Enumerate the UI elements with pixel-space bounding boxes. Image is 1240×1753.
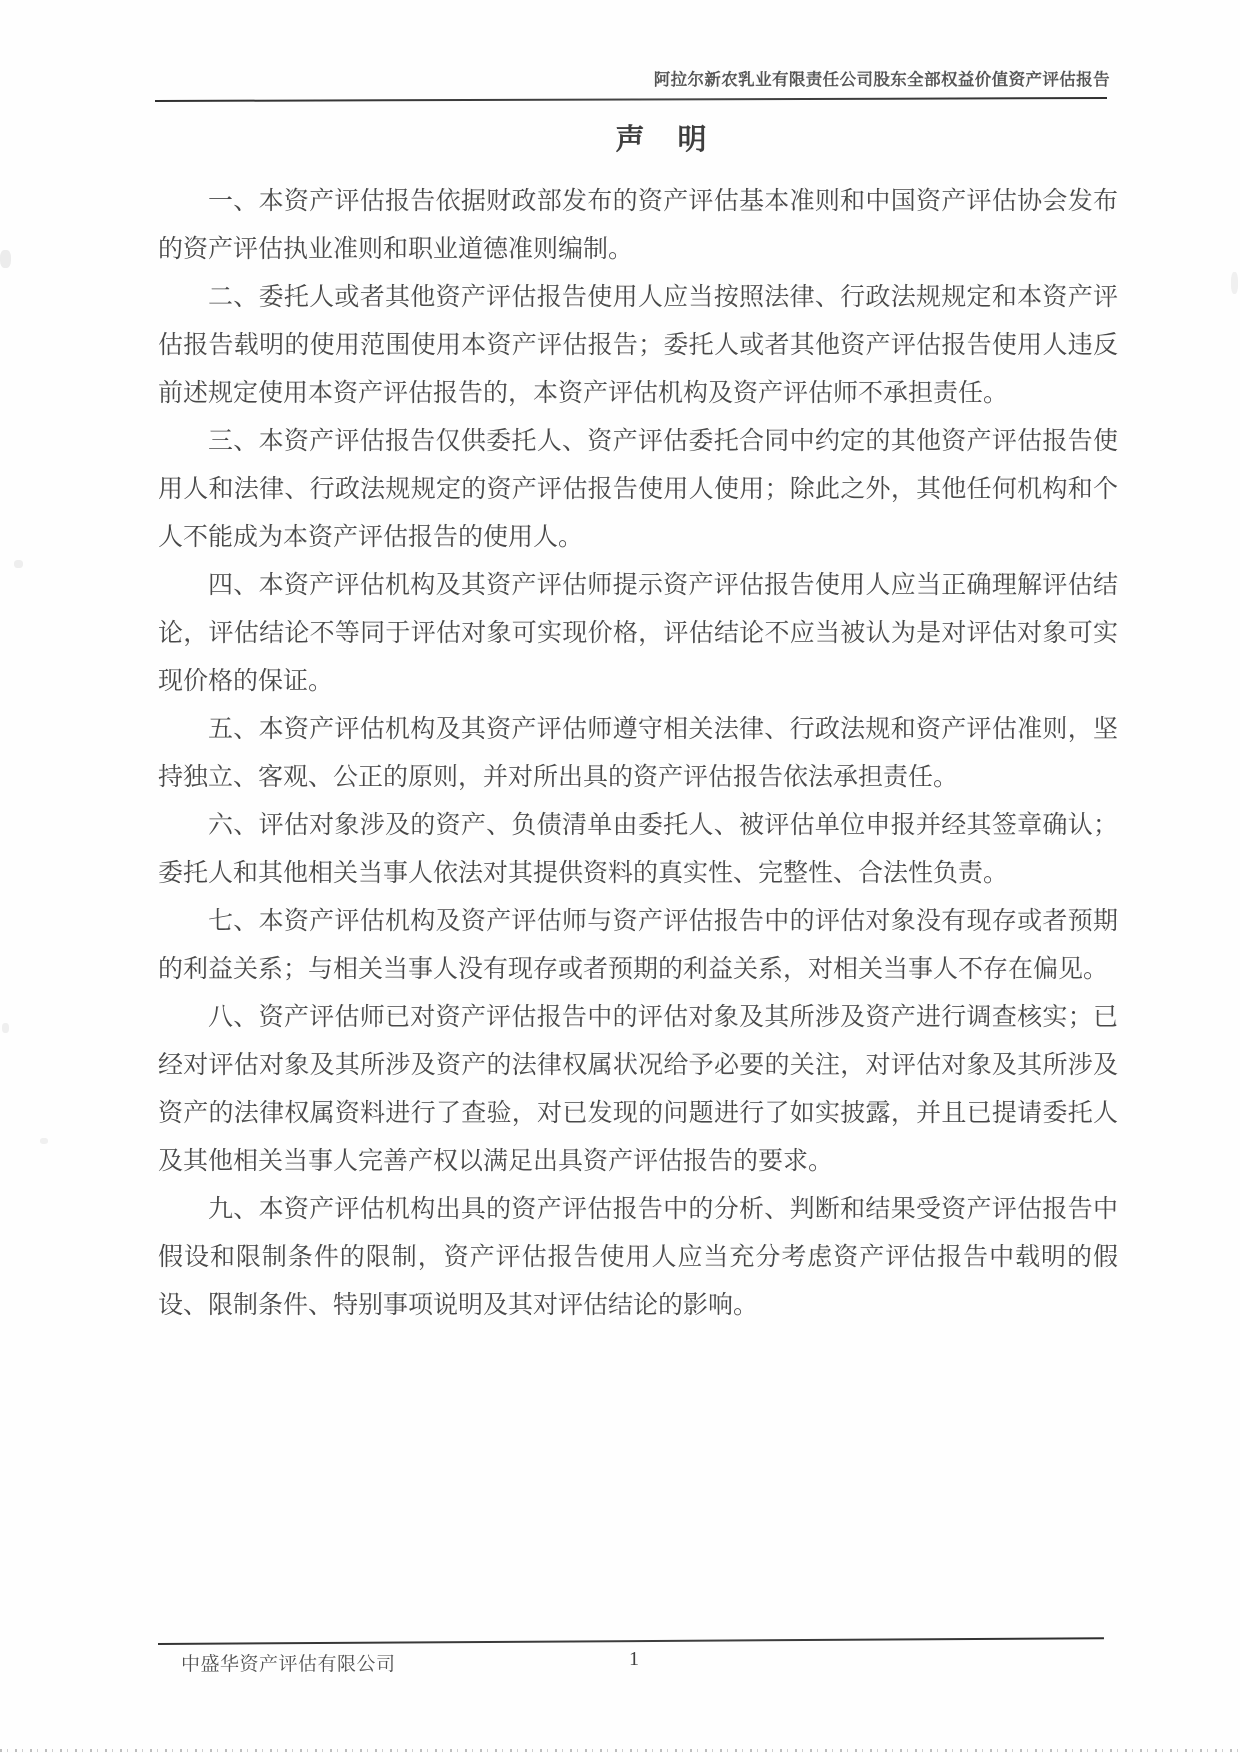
scan-artifact [14, 560, 23, 568]
scan-artifact [40, 1138, 48, 1144]
declaration-paragraph: 九、本资产评估机构出具的资产评估报告中的分析、判断和结果受资产评估报告中假设和限… [158, 1186, 1118, 1330]
footer-company-name: 中盛华资产评估有限公司 [181, 1649, 396, 1676]
declaration-paragraph: 三、本资产评估报告仅供委托人、资产评估委托合同中约定的其他资产评估报告使用人和法… [158, 418, 1118, 562]
declaration-paragraph: 六、评估对象涉及的资产、负债清单由委托人、被评估单位申报并经其签章确认；委托人和… [158, 802, 1118, 898]
declaration-paragraph: 二、委托人或者其他资产评估报告使用人应当按照法律、行政法规规定和本资产评估报告载… [158, 274, 1118, 418]
scan-edge-noise [0, 1749, 1240, 1752]
declaration-paragraph: 八、资产评估师已对资产评估报告中的评估对象及其所涉及资产进行调查核实；已经对评估… [158, 994, 1118, 1186]
declaration-paragraph: 七、本资产评估机构及资产评估师与资产评估报告中的评估对象没有现存或者预期的利益关… [158, 898, 1118, 994]
scan-artifact [1231, 272, 1238, 294]
declaration-paragraph: 五、本资产评估机构及其资产评估师遵守相关法律、行政法规和资产评估准则，坚持独立、… [158, 706, 1118, 802]
footer-rule [158, 1637, 1104, 1645]
scan-artifact [0, 250, 11, 268]
declaration-paragraph: 一、本资产评估报告依据财政部发布的资产评估基本准则和中国资产评估协会发布的资产评… [158, 178, 1118, 274]
scanned-report-page: 阿拉尔新农乳业有限责任公司股东全部权益价值资产评估报告 声 明 一、本资产评估报… [0, 0, 1240, 1753]
footer-page-number: 1 [604, 1648, 664, 1671]
header-rule [155, 97, 1107, 102]
header-running-title: 阿拉尔新农乳业有限责任公司股东全部权益价值资产评估报告 [654, 66, 1110, 90]
declaration-paragraph: 四、本资产评估机构及其资产评估师提示资产评估报告使用人应当正确理解评估结论，评估… [158, 562, 1118, 706]
declaration-paragraphs: 一、本资产评估报告依据财政部发布的资产评估基本准则和中国资产评估协会发布的资产评… [158, 178, 1118, 1330]
page-title: 声 明 [42, 117, 1240, 158]
scan-artifact [2, 1023, 9, 1033]
